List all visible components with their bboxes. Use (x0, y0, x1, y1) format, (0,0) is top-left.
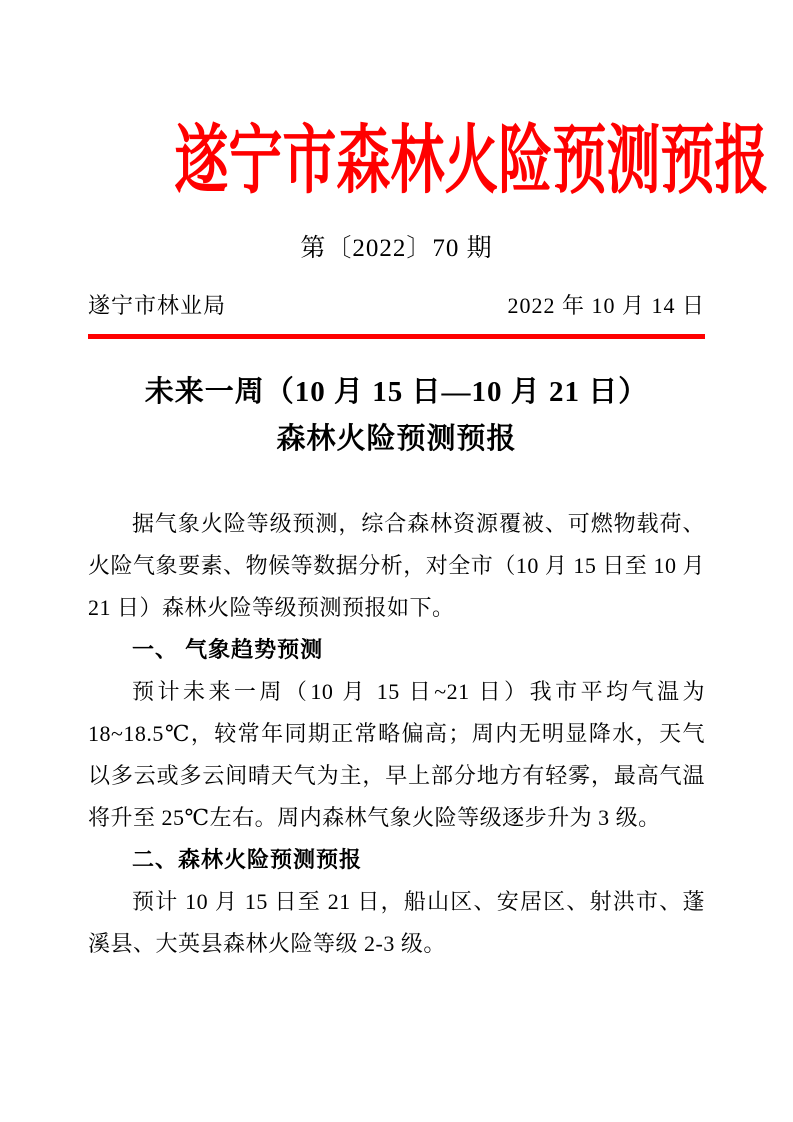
issuing-agency: 遂宁市林业局 (88, 290, 226, 322)
document-title: 遂宁市森林火险预测预报 (174, 112, 618, 212)
issue-date: 2022 年 10 月 14 日 (507, 290, 705, 322)
report-body: 据气象火险等级预测，综合森林资源覆被、可燃物载荷、火险气象要素、物候等数据分析，… (88, 503, 705, 965)
report-subtitle: 未来一周（10 月 15 日—10 月 21 日） 森林火险预测预报 (88, 369, 705, 463)
intro-paragraph: 据气象火险等级预测，综合森林资源覆被、可燃物载荷、火险气象要素、物候等数据分析，… (88, 503, 705, 629)
issue-number: 第〔2022〕70 期 (88, 232, 705, 266)
document-page: 遂宁市森林火险预测预报 第〔2022〕70 期 遂宁市林业局 2022 年 10… (0, 0, 793, 1122)
issuer-row: 遂宁市林业局 2022 年 10 月 14 日 (88, 290, 705, 322)
section-1-paragraph: 预计未来一周（10 月 15 日~21 日）我市平均气温为 18~18.5℃，较… (88, 671, 705, 839)
section-2-paragraph: 预计 10 月 15 日至 21 日，船山区、安居区、射洪市、蓬溪县、大英县森林… (88, 881, 705, 965)
section-2-heading: 二、森林火险预测预报 (88, 839, 705, 881)
red-divider-rule (88, 334, 705, 339)
report-subtitle-line2: 森林火险预测预报 (88, 416, 705, 463)
report-subtitle-line1: 未来一周（10 月 15 日—10 月 21 日） (88, 369, 705, 416)
section-1-heading: 一、 气象趋势预测 (88, 629, 705, 671)
